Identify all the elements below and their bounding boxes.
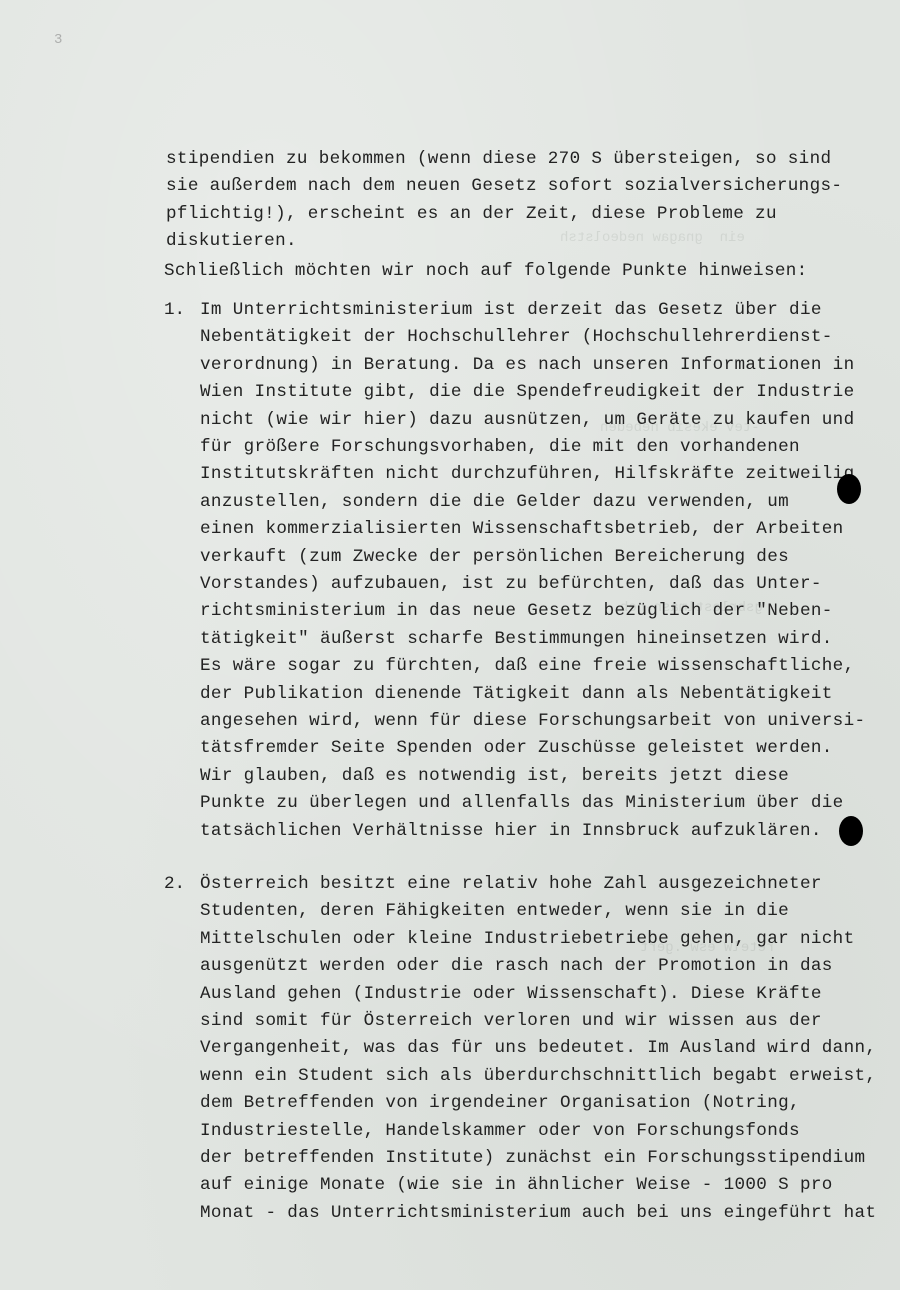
text-line: ausgenützt werden oder die rasch nach de… bbox=[200, 958, 833, 976]
punch-hole bbox=[837, 474, 861, 504]
text-line: pflichtig!), erscheint es an der Zeit, d… bbox=[166, 206, 777, 224]
text-line: Wien Institute gibt, die die Spendefreud… bbox=[200, 384, 854, 402]
text-line: verordnung) in Beratung. Da es nach unse… bbox=[200, 357, 854, 375]
punch-hole bbox=[839, 816, 863, 846]
text-line: anzustellen, sondern die die Gelder dazu… bbox=[200, 494, 789, 512]
text-line: Wir glauben, daß es notwendig ist, berei… bbox=[200, 768, 789, 786]
text-line: tätsfremder Seite Spenden oder Zuschüsse… bbox=[200, 740, 833, 758]
text-line: wenn ein Student sich als überdurchschni… bbox=[200, 1068, 876, 1086]
lead-in-sentence: Schließlich möchten wir noch auf folgend… bbox=[164, 263, 808, 281]
text-line: der betreffenden Institute) zunächst ein… bbox=[200, 1150, 865, 1168]
text-line: dem Betreffenden von irgendeiner Organis… bbox=[200, 1095, 800, 1113]
text-line: für größere Forschungsvorhaben, die mit … bbox=[200, 439, 800, 457]
text-line: Industriestelle, Handelskammer oder von … bbox=[200, 1123, 800, 1141]
text-line: Vorstandes) aufzubauen, ist zu befürchte… bbox=[200, 576, 822, 594]
text-line: sie außerdem nach dem neuen Gesetz sofor… bbox=[166, 178, 842, 196]
text-line: richtsministerium in das neue Gesetz bez… bbox=[200, 603, 833, 621]
point-number: 1. bbox=[164, 302, 185, 320]
text-line: Vergangenheit, was das für uns bedeutet.… bbox=[200, 1040, 876, 1058]
text-line: Institutskräften nicht durchzuführen, Hi… bbox=[200, 466, 854, 484]
text-line: Monat - das Unterrichtsministerium auch … bbox=[200, 1205, 876, 1223]
text-line: Punkte zu überlegen und allenfalls das M… bbox=[200, 795, 844, 813]
text-line: Mittelschulen oder kleine Industriebetri… bbox=[200, 931, 854, 949]
text-line: sind somit für Österreich verloren und w… bbox=[200, 1013, 822, 1031]
page-corner-mark: 3 bbox=[54, 32, 64, 46]
text-line: angesehen wird, wenn für diese Forschung… bbox=[200, 713, 865, 731]
reverse-side-bleed: ein gnagaw nedeolstsh bbox=[560, 230, 745, 246]
text-line: Ausland gehen (Industrie oder Wissenscha… bbox=[200, 986, 822, 1004]
text-line: Im Unterrichtsministerium ist derzeit da… bbox=[200, 302, 822, 320]
text-line: Studenten, deren Fähigkeiten entweder, w… bbox=[200, 903, 789, 921]
text-line: Es wäre sogar zu fürchten, daß eine frei… bbox=[200, 658, 854, 676]
text-line: Österreich besitzt eine relativ hohe Zah… bbox=[200, 876, 822, 894]
text-line: tätigkeit" äußerst scharfe Bestimmungen … bbox=[200, 631, 833, 649]
text-line: tatsächlichen Verhältnisse hier in Innsb… bbox=[200, 823, 822, 841]
text-line: stipendien zu bekommen (wenn diese 270 S… bbox=[166, 151, 831, 169]
text-line: der Publikation dienende Tätigkeit dann … bbox=[200, 686, 833, 704]
text-line: einen kommerzialisierten Wissenschaftsbe… bbox=[200, 521, 844, 539]
text-line: diskutieren. bbox=[166, 233, 297, 251]
text-line: auf einige Monate (wie sie in ähnlicher … bbox=[200, 1177, 833, 1195]
point-number: 2. bbox=[164, 876, 185, 894]
typewritten-page: 3 ein gnagaw nedeolstsh -tev ekesib nebe… bbox=[0, 0, 900, 1290]
text-line: Nebentätigkeit der Hochschullehrer (Hoch… bbox=[200, 329, 833, 347]
text-line: nicht (wie wir hier) dazu ausnützen, um … bbox=[200, 412, 854, 430]
text-line: verkauft (zum Zwecke der persönlichen Be… bbox=[200, 549, 789, 567]
